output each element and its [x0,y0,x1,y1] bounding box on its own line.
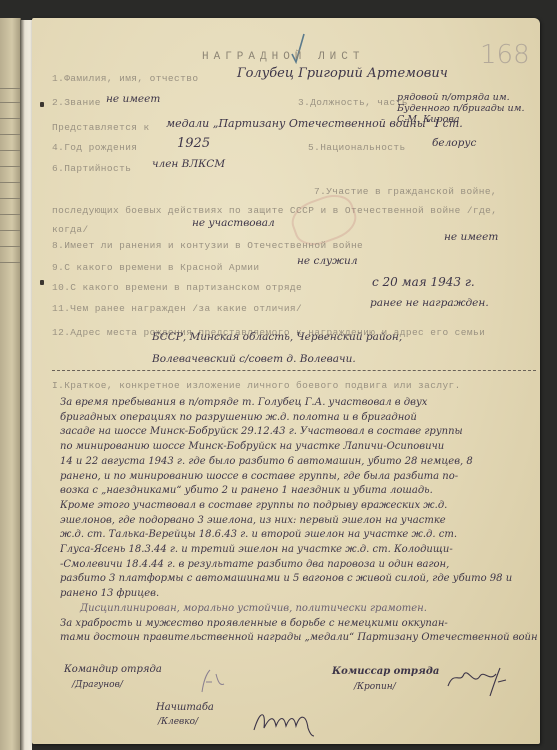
document-title: НАГРАДНОЙ ЛИСТ [202,51,364,63]
field-label-red-army: 9.С какого времени в Красной Армии [52,262,259,273]
narrative-line: эшелонов, где подорвано 3 эшелона, из ни… [60,514,538,529]
narrative-text: За время пребывания в п/отряде т. Голубе… [60,396,538,646]
narrative-line: 14 и 22 августа 1943 г. где было разбито… [60,455,538,470]
field-label-partisan-since: 10.С какого времени в партизанском отряд… [52,282,302,293]
narrative-line: ж.д. ст. Талька-Верейцы 18.6.43 г. и вто… [60,528,538,543]
narrative-line: -Смолевичи 18.4.44 г. в результате разби… [60,558,538,573]
narrative-line: по минированию шоссе Минск-Бобруйск на у… [60,440,538,455]
field-value-previous-awards: ранее не награжден. [370,297,489,309]
narrative-line: разбито 3 платформы с автомашинами и 5 в… [60,572,538,587]
field-label-nationality: 5.Национальность [308,142,406,153]
field-label-party: 6.Партийность [52,163,131,174]
narrative-line: За храбрость и мужество проявленные в бо… [60,617,538,632]
field-value-wounds: не имеет [444,231,498,243]
section-divider [52,370,536,371]
commander-signature [198,668,228,694]
field-value-birth-year: 1925 [177,136,210,151]
commander-title: Командир отряда [64,664,162,675]
field-label-position: 3.Должность, часть [298,97,408,108]
chief-of-staff-signature [250,706,316,740]
field-label-birth-year: 4.Год рождения [52,142,137,153]
field-label-rank: 2.Звание [52,97,101,108]
narrative-line: бригадных операциях по разрушению ж.д. п… [60,411,538,426]
page-gutter [20,20,32,750]
field-value-rank: не имеет [106,93,160,105]
commander-name: /Драгунов/ [72,680,123,690]
narrative-line: ранено, и по минированию шоссе в составе… [60,470,538,485]
field-value-nationality: белорус [432,137,476,149]
punch-hole [40,280,44,285]
narrative-line: Дисциплинирован, морально устойчив, поли… [60,602,538,617]
field-value-presented: медали „Партизану Отечественной войны“ I… [166,117,463,130]
award-sheet: 168 НАГРАДНОЙ ЛИСТ 1.Фамилия, имя, отчес… [32,18,540,744]
field-value-party: член ВЛКСМ [152,158,225,170]
commissar-signature [446,664,508,698]
narrative-line: засаде на шоссе Минск-Бобруйск 29.12.43 … [60,425,538,440]
field-value-partisan-since: с 20 мая 1943 г. [372,275,475,289]
commissar-title: Комиссар отряда [332,666,439,677]
field-value-civil-war: не участвовал [192,217,275,229]
field-label-presented: Представляется к [52,122,150,133]
binder-edge [0,18,21,750]
field-value-address-line-2: Волевачевский с/совет д. Волевачи. [152,353,356,365]
chief-of-staff-name: /Клевко/ [158,717,198,727]
field-value-red-army: не служил [297,255,358,267]
narrative-line: Кроме этого участвовал в составе группы … [60,499,538,514]
narrative-line: Глуса-Ясень 18.3.44 г. и третий эшелон н… [60,543,538,558]
field-label-wounds: 8.Имеет ли ранения и контузии в Отечеств… [52,240,363,251]
commissar-name: /Кропин/ [354,682,396,692]
field-label-name: 1.Фамилия, имя, отчество [52,73,198,84]
field-value-name: Голубец Григорий Артемович [237,66,448,81]
narrative-line: возка с „наездниками“ убито 2 и ранено 1… [60,484,538,499]
narrative-line: ранено 13 фрицев. [60,587,538,602]
folio-number: 168 [480,40,530,70]
narrative-line: тами достоин правительственной награды „… [60,631,538,646]
narrative-line: За время пребывания в п/отряде т. Голубе… [60,396,538,411]
field-label-previous-awards: 11.Чем ранее награжден /за какие отличия… [52,303,302,314]
punch-hole [40,102,44,107]
field-value-address-line-1: БССР, Минская область, Червенский район, [152,331,402,343]
chief-of-staff-title: Начштаба [156,702,214,713]
section-heading: I.Краткое, конкретное изложение личного … [52,380,461,391]
